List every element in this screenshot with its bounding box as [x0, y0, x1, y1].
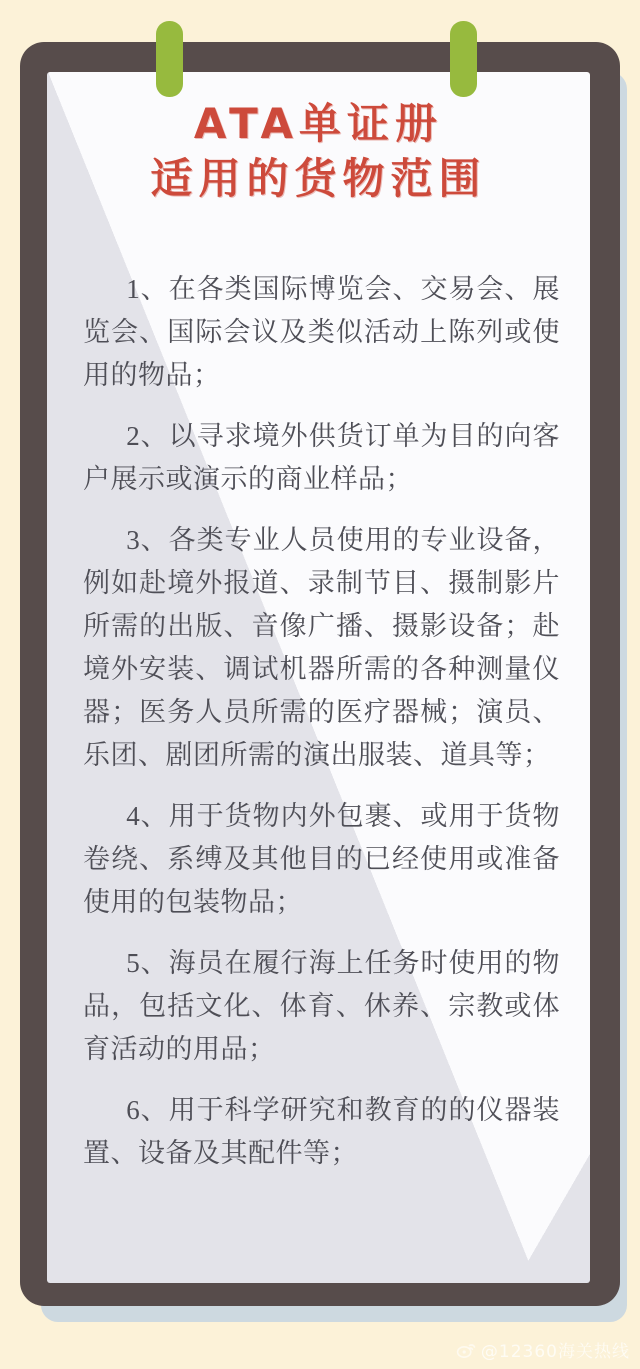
- watermark: @12360海关热线: [456, 1337, 630, 1362]
- board-clip-right: [450, 21, 477, 97]
- poster-title: ATA单证册 适用的货物范围: [47, 96, 590, 206]
- paper-sheet: ATA单证册 适用的货物范围 1、在各类国际博览会、交易会、展览会、国际会议及类…: [47, 72, 590, 1283]
- list-item-4: 4、用于货物内外包裹、或用于货物卷绕、系缚及其他目的已经使用或准备使用的包装物品…: [83, 795, 560, 924]
- weibo-icon: [456, 1341, 476, 1359]
- watermark-text: @12360海关热线: [481, 1337, 630, 1362]
- list-item-2: 2、以寻求境外供货订单为目的向客户展示或演示的商业样品；: [83, 415, 560, 501]
- clipboard-board: ATA单证册 适用的货物范围 1、在各类国际博览会、交易会、展览会、国际会议及类…: [20, 42, 620, 1306]
- goods-scope-list: 1、在各类国际博览会、交易会、展览会、国际会议及类似活动上陈列或使用的物品； 2…: [47, 268, 590, 1175]
- list-item-1: 1、在各类国际博览会、交易会、展览会、国际会议及类似活动上陈列或使用的物品；: [83, 268, 560, 397]
- poster-background: ATA单证册 适用的货物范围 1、在各类国际博览会、交易会、展览会、国际会议及类…: [0, 0, 640, 1369]
- title-line-1: ATA单证册: [47, 96, 590, 151]
- list-item-5: 5、海员在履行海上任务时使用的物品，包括文化、体育、休养、宗教或体育活动的用品；: [83, 942, 560, 1071]
- list-item-6: 6、用于科学研究和教育的的仪器装置、设备及其配件等；: [83, 1089, 560, 1175]
- list-item-3: 3、各类专业人员使用的专业设备，例如赴境外报道、录制节目、摄制影片所需的出版、音…: [83, 519, 560, 777]
- title-line-2: 适用的货物范围: [47, 151, 590, 206]
- board-clip-left: [156, 21, 183, 97]
